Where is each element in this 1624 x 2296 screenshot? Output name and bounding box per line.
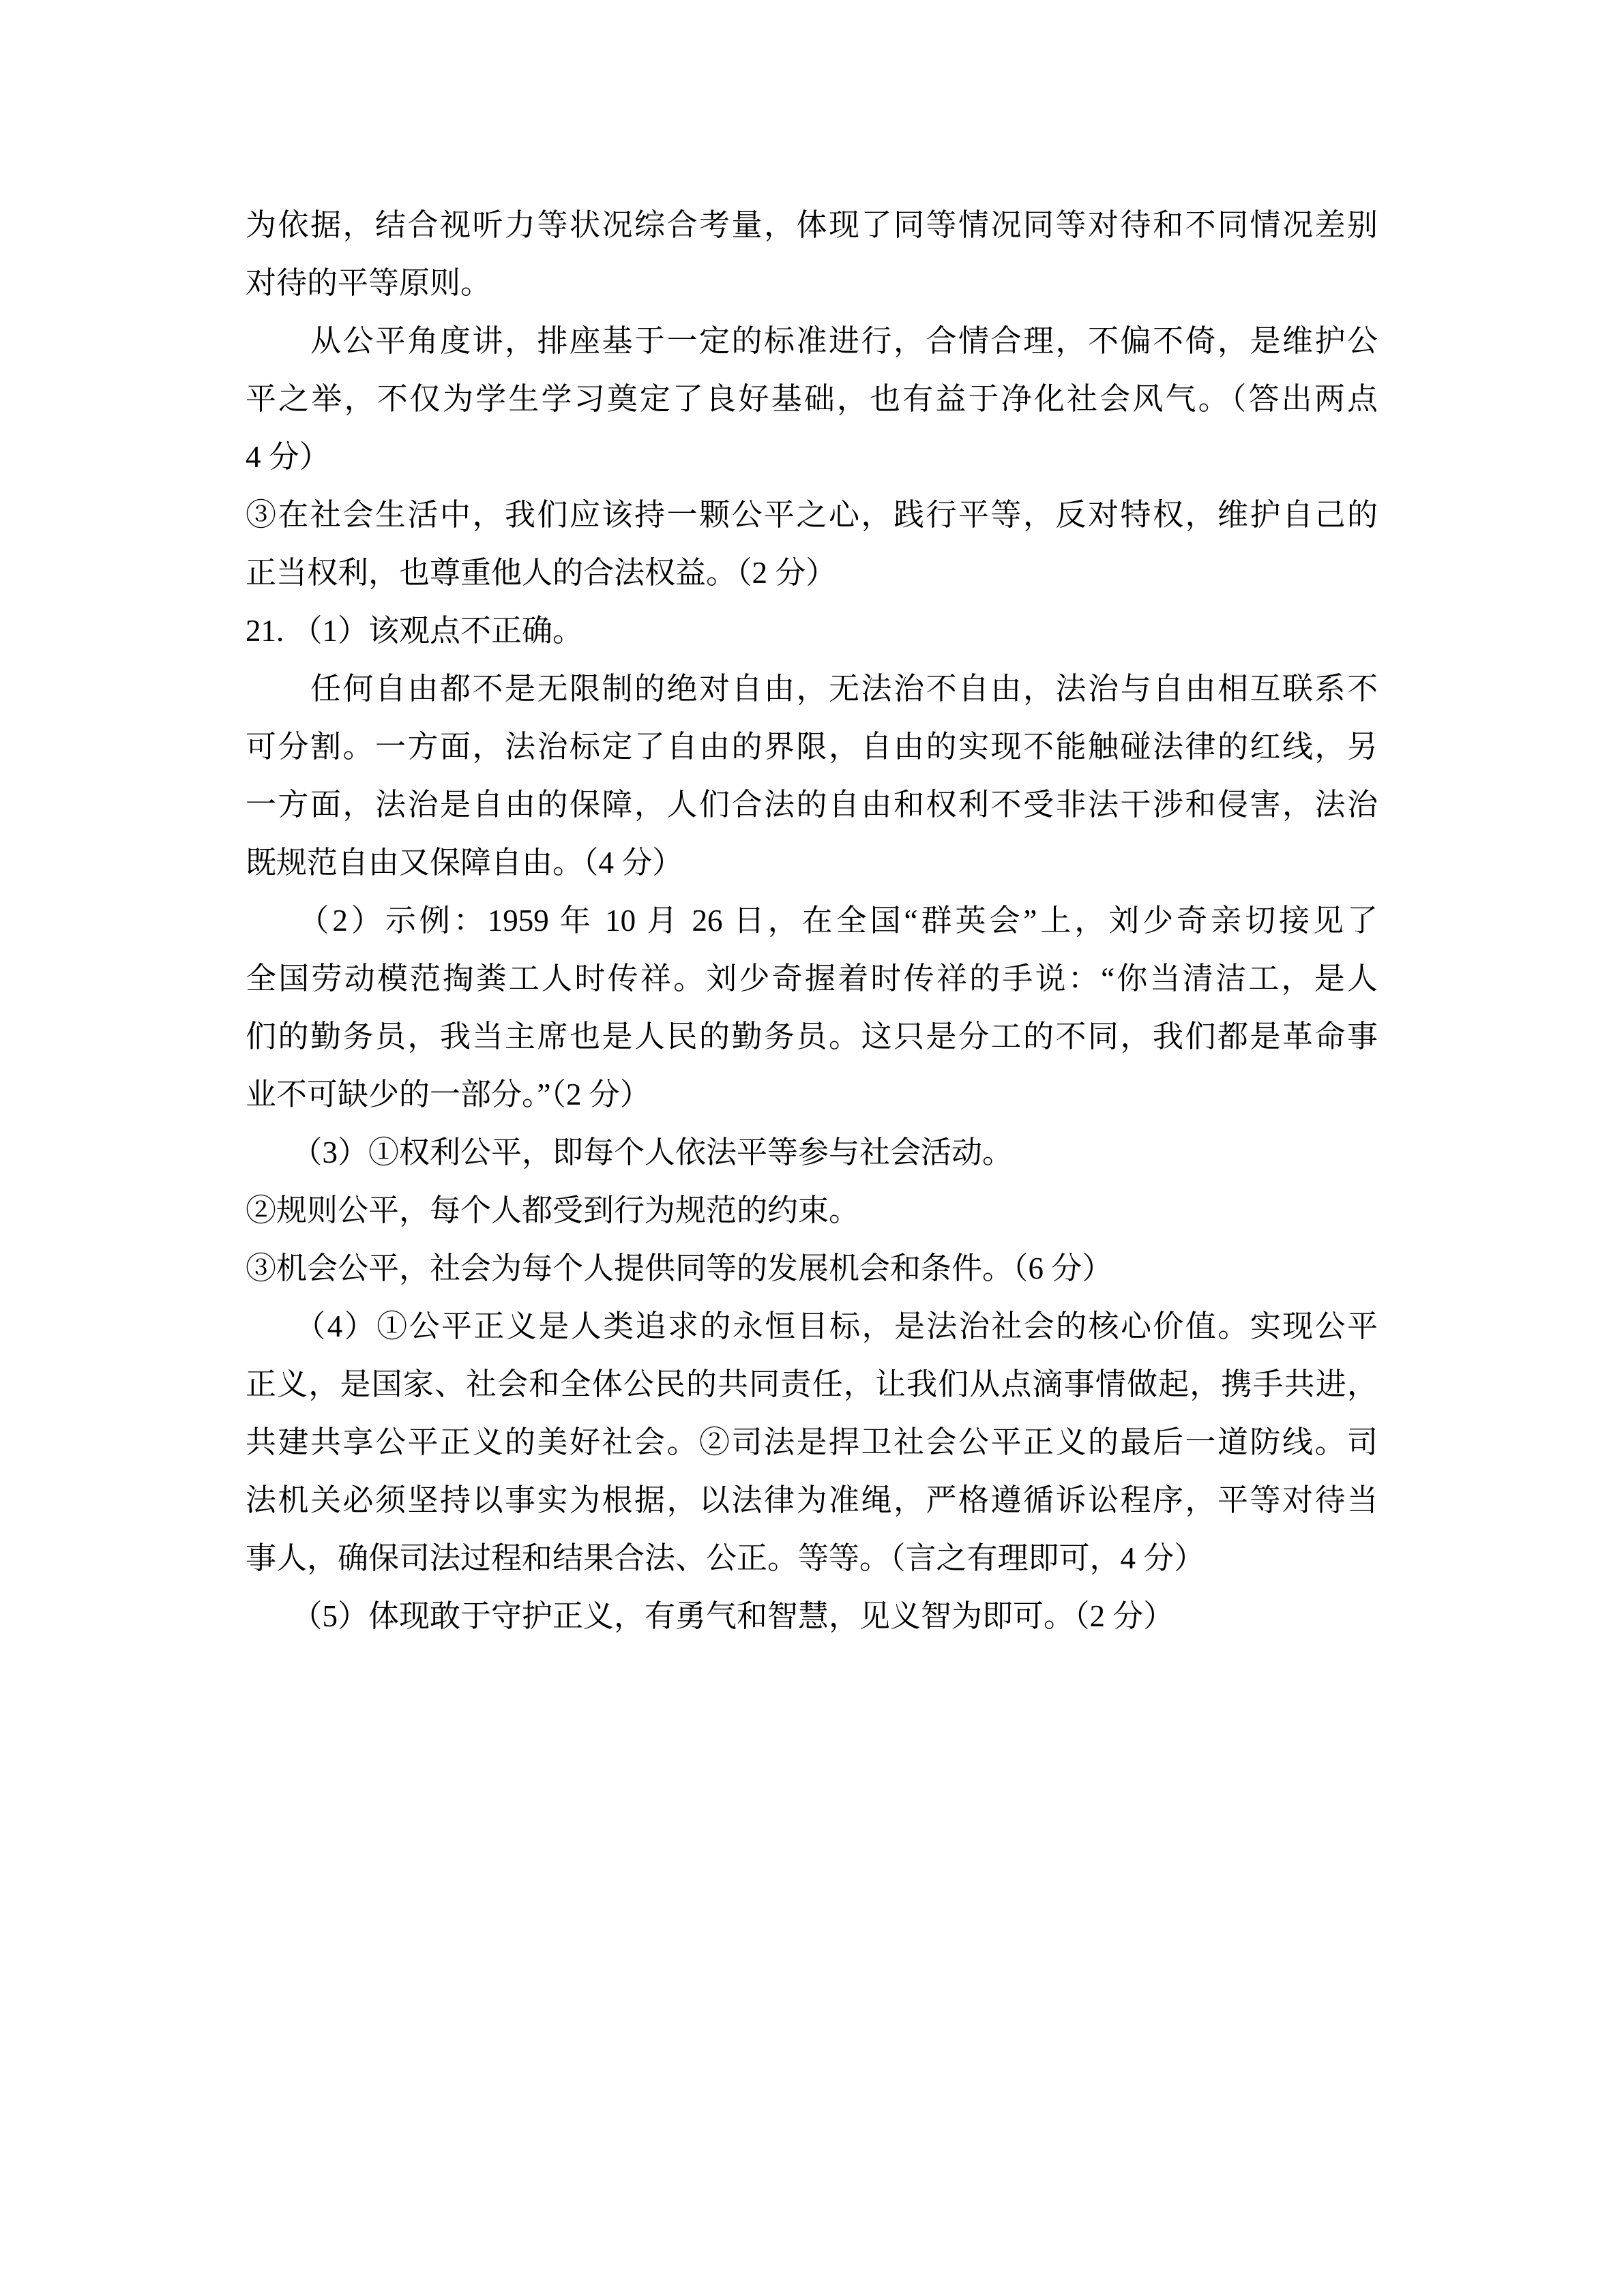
answer-text-block: 为依据，结合视听力等状况综合考量，体现了同等情况同等对待和不同情况差别对待的平等… (246, 196, 1378, 1645)
text-line-23: 法机关必须坚持以事实为根据，以法律为准绳，严格遵循诉讼程序，平等对待当 (246, 1472, 1378, 1530)
text-line-12: 既规范自由又保障自由。（4 分） (246, 834, 1378, 892)
text-line-21: 正义，是国家、社会和全体公民的共同责任，让我们从点滴事情做起，携手共进， (246, 1356, 1378, 1414)
text-line-19: ③机会公平，社会为每个人提供同等的发展机会和条件。（6 分） (246, 1240, 1378, 1298)
text-line-15: 们的勤务员，我当主席也是人民的勤务员。这只是分工的不同，我们都是革命事 (246, 1008, 1378, 1066)
text-line-6: ③在社会生活中，我们应该持一颗公平之心，践行平等，反对特权，维护自己的 (246, 486, 1378, 544)
document-page: 为依据，结合视听力等状况综合考量，体现了同等情况同等对待和不同情况差别对待的平等… (0, 0, 1624, 2296)
text-line-14: 全国劳动模范掏粪工人时传祥。刘少奇握着时传祥的手说：“你当清洁工，是人 (246, 950, 1378, 1008)
text-line-8: 21. （1）该观点不正确。 (246, 602, 1378, 660)
text-line-9: 任何自由都不是无限制的绝对自由，无法治不自由，法治与自由相互联系不 (246, 660, 1378, 718)
text-line-10: 可分割。一方面，法治标定了自由的界限，自由的实现不能触碰法律的红线，另 (246, 718, 1378, 776)
text-line-2: 对待的平等原则。 (246, 254, 1378, 312)
text-line-25: （5）体现敢于守护正义，有勇气和智慧，见义智为即可。（2 分） (246, 1587, 1378, 1645)
text-line-7: 正当权利，也尊重他人的合法权益。（2 分） (246, 544, 1378, 602)
text-line-22: 共建共享公平正义的美好社会。②司法是捍卫社会公平正义的最后一道防线。司 (246, 1414, 1378, 1472)
text-line-5: 4 分） (246, 428, 1378, 486)
text-line-17: （3）①权利公平，即每个人依法平等参与社会活动。 (246, 1124, 1378, 1182)
text-line-24: 事人，确保司法过程和结果合法、公正。等等。（言之有理即可，4 分） (246, 1530, 1378, 1587)
text-line-16: 业不可缺少的一部分。”（2 分） (246, 1066, 1378, 1124)
text-line-4: 平之举，不仅为学生学习奠定了良好基础，也有益于净化社会风气。（答出两点 (246, 370, 1378, 428)
text-lines: 为依据，结合视听力等状况综合考量，体现了同等情况同等对待和不同情况差别对待的平等… (246, 196, 1378, 1645)
text-line-11: 一方面，法治是自由的保障，人们合法的自由和权利不受非法干涉和侵害，法治 (246, 776, 1378, 834)
text-line-1: 为依据，结合视听力等状况综合考量，体现了同等情况同等对待和不同情况差别 (246, 196, 1378, 254)
text-line-18: ②规则公平，每个人都受到行为规范的约束。 (246, 1182, 1378, 1240)
text-line-3: 从公平角度讲，排座基于一定的标准进行，合情合理，不偏不倚，是维护公 (246, 312, 1378, 370)
text-line-13: （2）示例：1959 年 10 月 26 日，在全国“群英会”上，刘少奇亲切接见… (246, 892, 1378, 950)
text-line-20: （4）①公平正义是人类追求的永恒目标，是法治社会的核心价值。实现公平 (246, 1298, 1378, 1356)
